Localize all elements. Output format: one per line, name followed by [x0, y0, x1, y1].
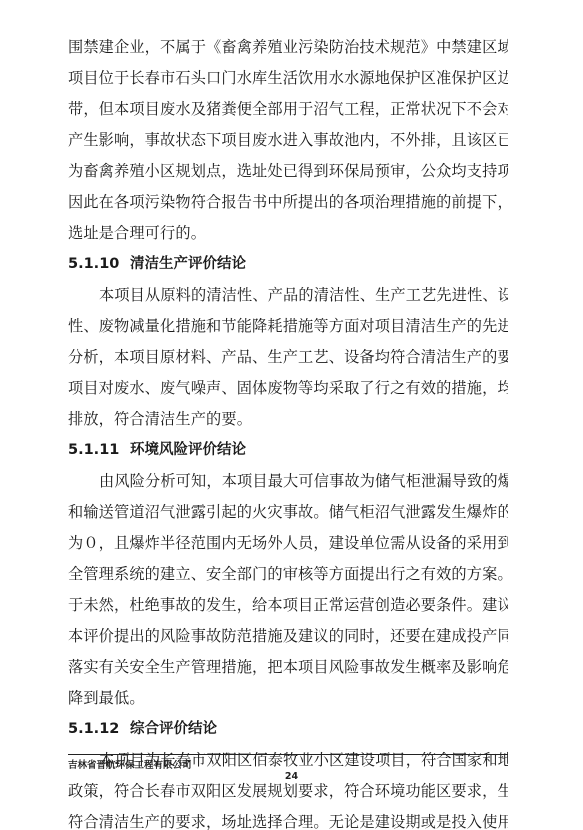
footer-company-name: 吉林省晋航环保工程有限公司 — [68, 757, 192, 771]
text-line: 全管理系统的建立、安全部门的审核等方面提出行之有效的方案。为防患 — [68, 559, 508, 590]
page-number: 24 — [0, 771, 583, 782]
text-line: 性、废物减量化措施和节能降耗措施等方面对项目清洁生产的先进性进行 — [68, 311, 508, 342]
section-title: 综合评价结论 — [130, 721, 217, 737]
text-line: 排放，符合清洁生产的要。 — [68, 404, 508, 435]
text-line: 分析，本项目原材料、产品、生产工艺、设备均符合清洁生产的要求。本 — [68, 342, 508, 373]
text-line: 围禁建企业，不属于《畜禽养殖业污染防治技术规范》中禁建区域，虽本 — [68, 32, 508, 63]
text-line: 本评价提出的风险事故防范措施及建议的同时，还要在建成投产同时验收 — [68, 621, 508, 652]
text-line: 降到最低。 — [68, 683, 508, 714]
section-heading-5-1-10: 5.1.10清洁生产评价结论 — [68, 249, 508, 280]
section-title: 环境风险评价结论 — [130, 442, 246, 458]
text-line: 因此在各项污染物符合报告书中所提出的各项治理措施的前提下，本项目 — [68, 187, 508, 218]
text-line: 于未然，杜绝事故的发生，给本项目正常运营创造必要条件。建议在落实 — [68, 590, 508, 621]
clean-production-paragraph: 本项目从原料的清洁性、产品的清洁性、生产工艺先进性、设备先进 性、废物减量化措施… — [68, 280, 508, 435]
text-line: 符合清洁生产的要求，场址选择合理。无论是建设期或是投入使用期，对 — [68, 807, 508, 830]
text-line: 选址是合理可行的。 — [68, 218, 508, 249]
text-line: 带，但本项目废水及猪粪便全部用于沼气工程，正常状况下不会对地表水 — [68, 94, 508, 125]
section-heading-5-1-12: 5.1.12综合评价结论 — [68, 714, 508, 745]
section-heading-5-1-11: 5.1.11环境风险评价结论 — [68, 435, 508, 466]
section-number: 5.1.11 — [68, 435, 130, 466]
text-line: 本项目从原料的清洁性、产品的清洁性、生产工艺先进性、设备先进 — [68, 280, 508, 311]
text-line: 项目对废水、废气噪声、固体废物等均采取了行之有效的措施，均能达标 — [68, 373, 508, 404]
environmental-risk-paragraph: 由风险分析可知，本项目最大可信事故为储气柜泄漏导致的爆炸事故 和输送管道沼气泄露… — [68, 466, 508, 714]
text-line: 由风险分析可知，本项目最大可信事故为储气柜泄漏导致的爆炸事故 — [68, 466, 508, 497]
text-line: 为畜禽养殖小区规划点，选址处已得到环保局预审，公众均支持项目建设， — [68, 156, 508, 187]
text-line: 项目位于长春市石头口门水库生活饮用水水源地保护区准保护区边缘地 — [68, 63, 508, 94]
text-line: 和输送管道沼气泄露引起的火灾事故。储气柜沼气泄露发生爆炸的风险值 — [68, 497, 508, 528]
section-number: 5.1.12 — [68, 714, 130, 745]
text-line: 为０，且爆炸半径范围内无场外人员，建设单位需从设备的采用到严格安 — [68, 528, 508, 559]
text-line: 落实有关安全生产管理措施，把本项目风险事故发生概率及影响危害程度 — [68, 652, 508, 683]
text-line: 产生影响，事故状态下项目废水进入事故池内，不外排，且该区已被规划 — [68, 125, 508, 156]
section-title: 清洁生产评价结论 — [130, 256, 246, 272]
section-number: 5.1.10 — [68, 249, 130, 280]
footer-divider — [68, 754, 508, 755]
document-page: 围禁建企业，不属于《畜禽养殖业污染防治技术规范》中禁建区域，虽本 项目位于长春市… — [68, 32, 508, 830]
intro-paragraph: 围禁建企业，不属于《畜禽养殖业污染防治技术规范》中禁建区域，虽本 项目位于长春市… — [68, 32, 508, 249]
